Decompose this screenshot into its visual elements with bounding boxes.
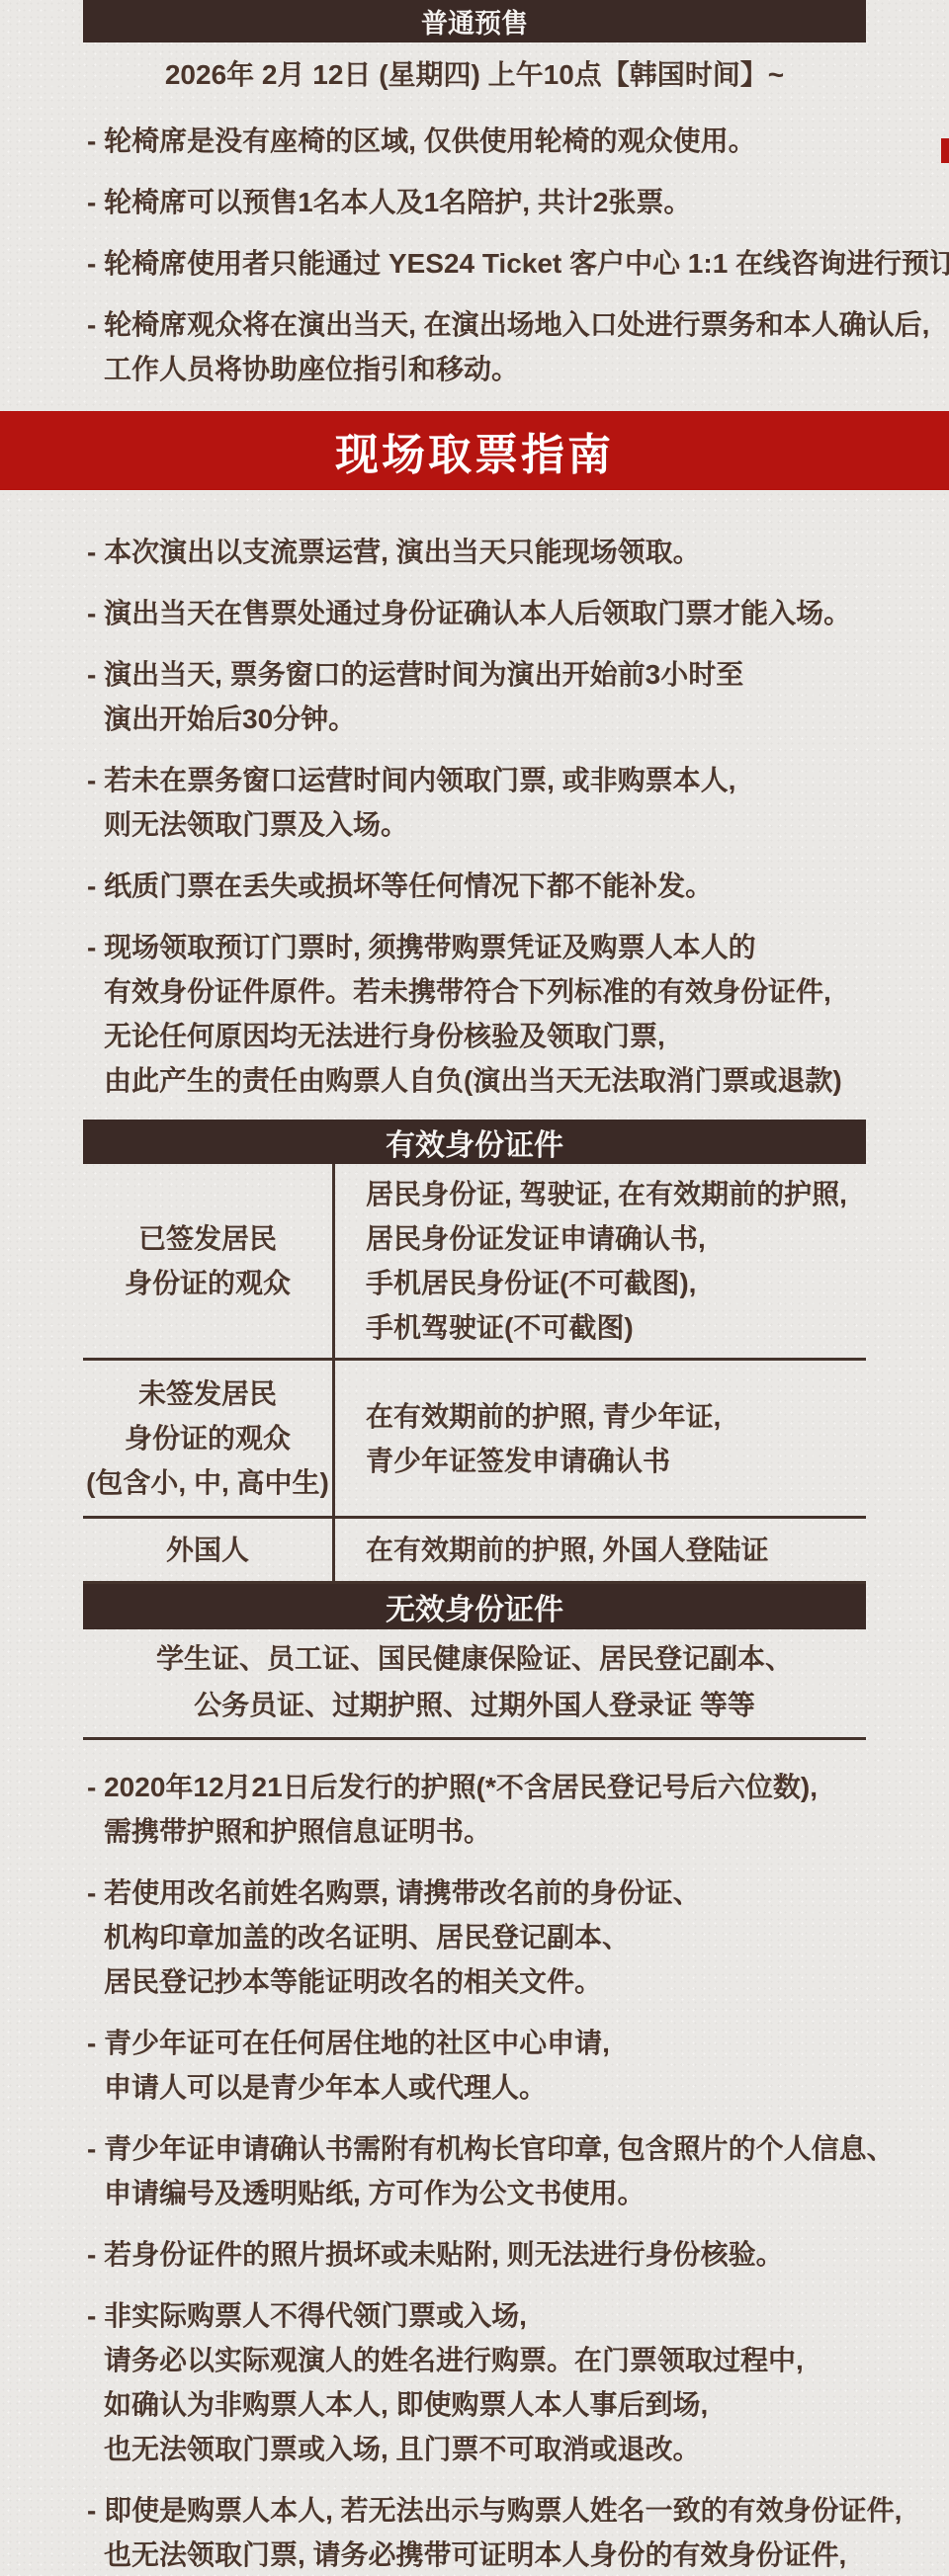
valid-id-table: 已签发居民 身份证的观众 居民身份证, 驾驶证, 在有效期前的护照, 居民身份证… <box>83 1164 866 1584</box>
red-edge-mark <box>941 138 949 163</box>
table-row-value: 在有效期前的护照, 外国人登陆证 <box>335 1519 866 1581</box>
list-item: - 演出当天, 票务窗口的运营时间为演出开始前3小时至 演出开始后30分钟。 <box>87 652 929 741</box>
presale-header-band: 普通预售 <box>83 0 866 42</box>
list-item: - 轮椅席可以预售1名本人及1名陪护, 共计2张票。 <box>87 180 929 224</box>
list-item: - 青少年证申请确认书需附有机构长官印章, 包含照片的个人信息、 申请编号及透明… <box>87 2126 929 2215</box>
list-item: - 若使用改名前姓名购票, 请携带改名前的身份证、 机构印章加盖的改名证明、居民… <box>87 1870 929 2004</box>
table-row-value: 在有效期前的护照, 青少年证, 青少年证签发申请确认书 <box>335 1361 866 1516</box>
list-item: - 纸质门票在丢失或损坏等任何情况下都不能补发。 <box>87 864 929 908</box>
id-notes: - 2020年12月21日后发行的护照(*不含居民登记号后六位数), 需携带护照… <box>87 1765 929 2576</box>
list-item: - 本次演出以支流票运营, 演出当天只能现场领取。 <box>87 530 929 574</box>
list-item: - 现场领取预订门票时, 须携带购票凭证及购票人本人的 有效身份证件原件。若未携… <box>87 925 929 1103</box>
section-divider <box>83 1737 866 1740</box>
table-row: 已签发居民 身份证的观众 居民身份证, 驾驶证, 在有效期前的护照, 居民身份证… <box>83 1164 866 1358</box>
table-row-label: 未签发居民 身份证的观众 (包含小, 中, 高中生) <box>83 1361 335 1516</box>
list-item: - 非实际购票人不得代领门票或入场, 请务必以实际观演人的姓名进行购票。在门票领… <box>87 2293 929 2471</box>
table-row-label: 已签发居民 身份证的观众 <box>83 1164 335 1358</box>
pickup-guide-title: 现场取票指南 <box>335 419 614 482</box>
presale-title: 普通预售 <box>421 2 528 41</box>
valid-id-header-band: 有效身份证件 <box>83 1120 866 1164</box>
pickup-notes: - 本次演出以支流票运营, 演出当天只能现场领取。 - 演出当天在售票处通过身份… <box>87 530 929 1103</box>
list-item: - 若身份证件的照片损坏或未贴附, 则无法进行身份核验。 <box>87 2232 929 2277</box>
table-row-label: 外国人 <box>83 1519 335 1581</box>
wheelchair-notes: - 轮椅席是没有座椅的区域, 仅供使用轮椅的观众使用。 - 轮椅席可以预售1名本… <box>87 119 929 391</box>
table-row: 外国人 在有效期前的护照, 外国人登陆证 <box>83 1516 866 1581</box>
invalid-id-header-band: 无效身份证件 <box>83 1584 866 1629</box>
invalid-id-title: 无效身份证件 <box>386 1585 563 1628</box>
list-item: - 演出当天在售票处通过身份证确认本人后领取门票才能入场。 <box>87 591 929 635</box>
pickup-guide-banner: 现场取票指南 <box>0 411 949 490</box>
list-item: - 轮椅席使用者只能通过 YES24 Ticket 客户中心 1:1 在线咨询进… <box>87 241 929 286</box>
invalid-id-list: 学生证、员工证、国民健康保险证、居民登记副本、 公务员证、过期护照、过期外国人登… <box>0 1635 949 1728</box>
ticket-notice-page: 普通预售 2026年 2月 12日 (星期四) 上午10点【韩国时间】~ - 轮… <box>0 0 949 2576</box>
list-item: - 即使是购票人本人, 若无法出示与购票人姓名一致的有效身份证件, 也无法领取门… <box>87 2488 929 2576</box>
list-item: - 轮椅席是没有座椅的区域, 仅供使用轮椅的观众使用。 <box>87 119 929 163</box>
list-item: - 若未在票务窗口运营时间内领取门票, 或非购票本人, 则无法领取门票及入场。 <box>87 758 929 847</box>
presale-date: 2026年 2月 12日 (星期四) 上午10点【韩国时间】~ <box>0 52 949 97</box>
list-item: - 2020年12月21日后发行的护照(*不含居民登记号后六位数), 需携带护照… <box>87 1765 929 1854</box>
table-row: 未签发居民 身份证的观众 (包含小, 中, 高中生) 在有效期前的护照, 青少年… <box>83 1358 866 1516</box>
list-item: - 青少年证可在任何居住地的社区中心申请, 申请人可以是青少年本人或代理人。 <box>87 2021 929 2110</box>
valid-id-title: 有效身份证件 <box>386 1121 563 1164</box>
table-row-value: 居民身份证, 驾驶证, 在有效期前的护照, 居民身份证发证申请确认书, 手机居民… <box>335 1164 866 1358</box>
list-item: - 轮椅席观众将在演出当天, 在演出场地入口处进行票务和本人确认后, 工作人员将… <box>87 302 929 391</box>
